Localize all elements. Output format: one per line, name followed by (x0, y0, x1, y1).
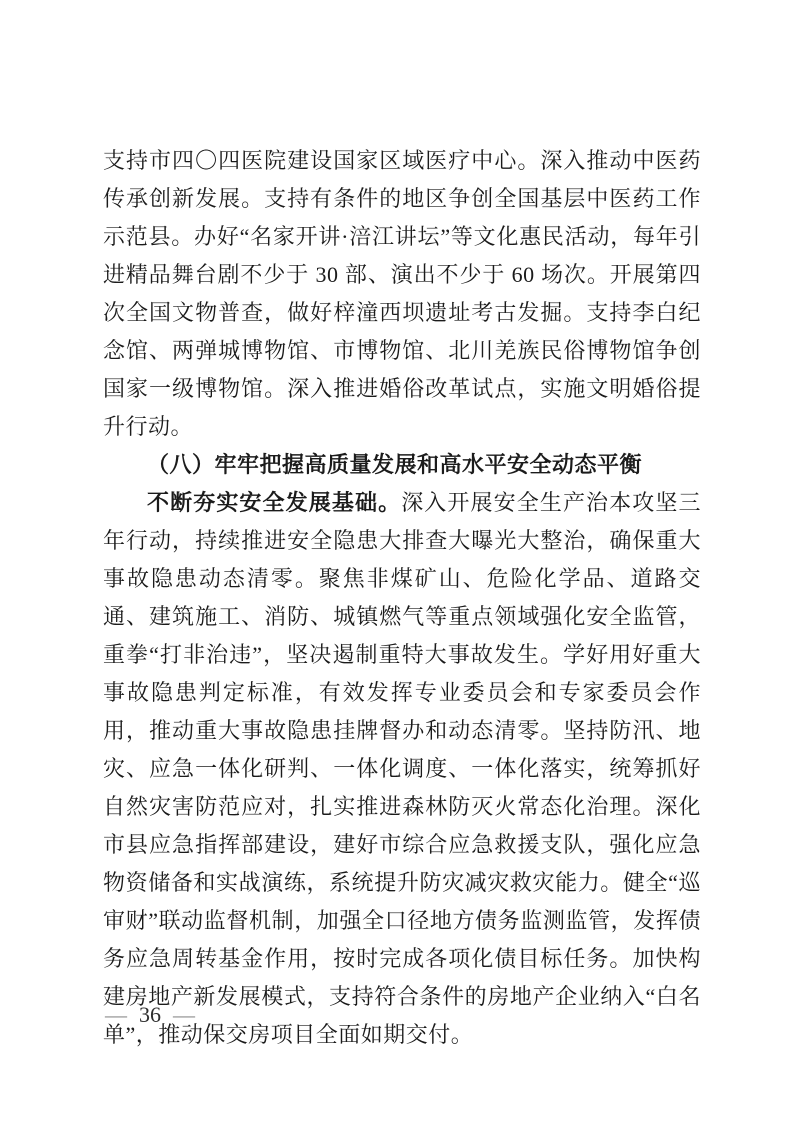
paragraph-body-text: 深入开展安全生产治本攻坚三年行动，持续推进安全隐患大排查大曝光大整治，确保重大事… (103, 490, 701, 1047)
paragraph-continuation: 支持市四〇四医院建设国家区域医疗中心。深入推动中医药传承创新发展。支持有条件的地… (103, 142, 701, 446)
paragraph-bold-lead: 不断夯实安全发展基础。 (147, 490, 401, 515)
section-heading: （八）牢牢把握高质量发展和高水平安全动态平衡 (103, 446, 701, 484)
page-number-dash-right: — (173, 1002, 195, 1027)
document-body: 支持市四〇四医院建设国家区域医疗中心。深入推动中医药传承创新发展。支持有条件的地… (103, 142, 701, 1054)
document-page: 支持市四〇四医院建设国家区域医疗中心。深入推动中医药传承创新发展。支持有条件的地… (0, 0, 793, 1122)
page-footer: —36— (105, 1000, 195, 1030)
page-number: 36 (139, 1000, 161, 1030)
page-number-dash-left: — (105, 1002, 127, 1027)
paragraph-safety-foundation: 不断夯实安全发展基础。深入开展安全生产治本攻坚三年行动，持续推进安全隐患大排查大… (103, 484, 701, 1054)
